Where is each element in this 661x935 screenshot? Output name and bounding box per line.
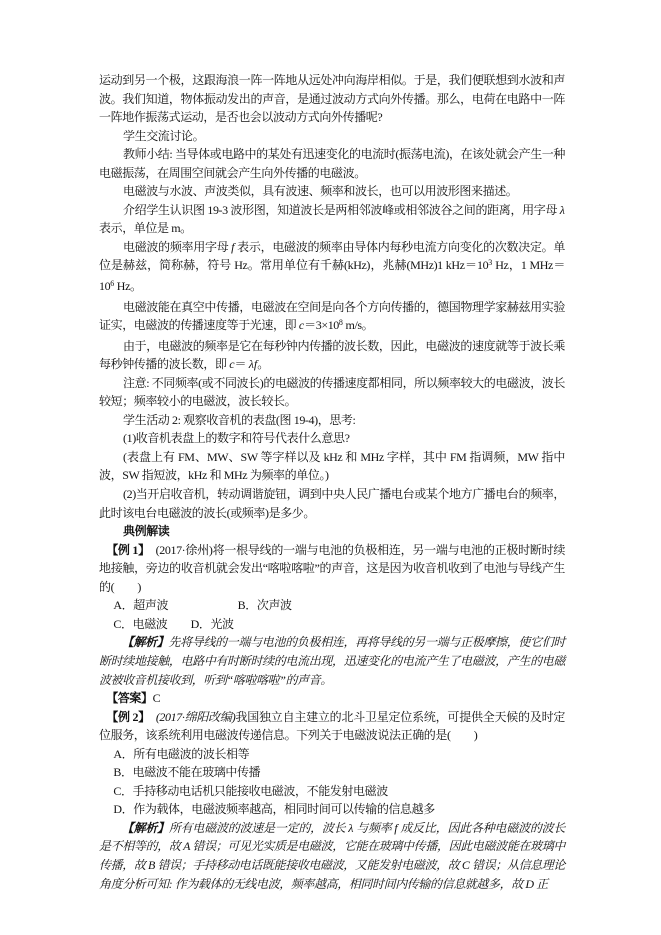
para-answer-1: (表盘上有 FM、MW、SW 等字样以及 kHz 和 MHz 字样，其中 FM … — [99, 448, 565, 485]
para-student-discussion: 学生交流讨论。 — [99, 127, 565, 146]
para-propagation-speed: 电磁波能在真空中传播，电磁波在空间是向各个方向传播的，德国物理学家赫兹用实验证实… — [99, 298, 565, 337]
text-run: 8 — [339, 318, 343, 327]
text-run: 注意: 不同频率(或不同波长)的电磁波的传播速度都相同，所以频率较大的电磁波，波… — [99, 376, 565, 409]
para-note-frequency-wavelength: 注意: 不同频率(或不同波长)的电磁波的传播速度都相同，所以频率较大的电磁波，波… — [99, 374, 565, 411]
para-speed-formula: 由于，电磁波的频率是它在每秒钟内传播的波长数，因此，电磁波的速度就等于波长乘每秒… — [99, 337, 565, 374]
para-wave-analogy-continuation: 运动到另一个极，这跟海浪一阵一阵地从远处冲向海岸相似。于是，我们便联想到水波和声… — [99, 71, 565, 127]
para-example-2-analysis: 【解析】所有电磁波的波速是一定的，波长 λ 与频率 f 成反比，因此各种电磁波的… — [99, 819, 565, 893]
text-run: λ — [560, 203, 565, 217]
para-wave-properties: 电磁波与水波、声波类似，具有波速、频率和波长，也可以用波形图来描述。 — [99, 182, 565, 201]
text-run: 先将导线的一端与电池的负极相连，再将导线的另一端与正极摩擦，使它们时断时续地接触… — [99, 635, 565, 686]
text-run: λf — [249, 357, 258, 371]
text-run: 电磁波与水波、声波类似，具有波速、频率和波长，也可以用波形图来描述。 — [123, 184, 517, 198]
text-run: Hz。 — [114, 279, 141, 293]
text-run: 典例解读 — [123, 524, 169, 538]
text-run: 3 — [488, 258, 492, 267]
para-example-1-options-ab: A．超声波 B．次声波 — [99, 596, 565, 615]
text-run: 由于，电磁波的频率是它在每秒钟内传播的波长数，因此，电磁波的速度就等于波长乘每秒… — [99, 339, 565, 372]
para-example-1-answer: 【答案】C — [99, 689, 565, 708]
text-run: 【解析】 — [122, 635, 169, 649]
text-run: 【例 2】 — [106, 710, 144, 724]
text-run: C．电磁波 D．光波 — [113, 617, 233, 631]
para-example-2-option-c: C．手持移动电话机只能接收电磁波，不能发射电磁波 — [99, 782, 565, 801]
text-run: A．超声波 B．次声波 — [113, 598, 291, 612]
text-run: (1)收音机表盘上的数字和符号代表什么意思? — [123, 431, 350, 445]
para-example-2-option-a: A．所有电磁波的波长相等 — [99, 745, 565, 764]
text-run: (2)当开启收音机，转动调谐旋钮，调到中央人民广播电台或某个地方广播电台的频率，… — [99, 487, 565, 520]
text-run: (2017·绵阳改编) — [144, 710, 235, 724]
text-run: A．所有电磁波的波长相等 — [113, 747, 249, 761]
heading-example-section: 典例解读 — [99, 522, 565, 541]
text-run: 【答案】 — [106, 691, 152, 705]
para-teacher-summary: 教师小结: 当导体或电路中的某处有迅速变化的电流时(振荡电流)，在该处就会产生一… — [99, 145, 565, 182]
para-example-1-options-cd: C．电磁波 D．光波 — [99, 615, 565, 634]
text-run: 运动到另一个极，这跟海浪一阵一阵地从远处冲向海岸相似。于是，我们便联想到水波和声… — [99, 73, 565, 124]
para-example-2: 【例 2】 (2017·绵阳改编)我国独立自主建立的北斗卫星定位系统，可提供全天… — [99, 708, 565, 745]
para-example-1: 【例 1】 (2017·徐州)将一根导线的一端与电池的负极相连，另一端与电池的正… — [99, 541, 565, 597]
text-run: 。 — [257, 357, 269, 371]
text-run: 所有电磁波的波速是一定的，波长 — [169, 821, 348, 835]
text-run: 电磁波的频率用字母 — [123, 240, 231, 254]
text-run: C — [153, 691, 161, 705]
para-example-2-option-d: D．作为载体，电磁波频率越高，相同时间可以传输的信息越多 — [99, 800, 565, 819]
text-run: m/s。 — [343, 318, 373, 332]
text-run: 学生交流讨论。 — [123, 129, 204, 143]
text-run: 学生活动 2: 观察收音机的表盘(图 19-4)，思考: — [123, 413, 355, 427]
text-run: (2017·徐州)将一根导线的一端与电池的负极相连，另一端与电池的正极时断时续地… — [99, 543, 565, 594]
para-frequency-definition: 电磁波的频率用字母 f 表示，电磁波的频率由导体内每秒电流方向变化的次数决定。单… — [99, 238, 565, 298]
text-run: 与频率 — [353, 821, 394, 835]
text-run: B．电磁波不能在玻璃中传播 — [113, 765, 260, 779]
text-run: 【解析】 — [122, 821, 169, 835]
para-student-activity-2: 学生活动 2: 观察收音机的表盘(图 19-4)，思考: — [99, 411, 565, 430]
document-page: 运动到另一个极，这跟海浪一阵一阵地从远处冲向海岸相似。于是，我们便联想到水波和声… — [0, 0, 661, 935]
text-run: 教师小结: 当导体或电路中的某处有迅速变化的电流时(振荡电流)，在该处就会产生一… — [99, 147, 565, 180]
text-run: C．手持移动电话机只能接收电磁波，不能发射电磁波 — [113, 784, 387, 798]
text-run: D．作为载体，电磁波频率越高，相同时间可以传输的信息越多 — [113, 802, 434, 816]
para-question-2: (2)当开启收音机，转动调谐旋钮，调到中央人民广播电台或某个地方广播电台的频率，… — [99, 485, 565, 522]
text-run: ＝ — [235, 357, 249, 371]
text-run: (表盘上有 FM、MW、SW 等字样以及 kHz 和 MHz 字样，其中 FM … — [99, 450, 565, 483]
text-run: ＝3×10 — [304, 318, 339, 332]
text-run: 介绍学生认识图 19-3 波形图，知道波长是两相邻波峰或相邻波谷之间的距离，用字… — [123, 203, 560, 217]
para-example-2-option-b: B．电磁波不能在玻璃中传播 — [99, 763, 565, 782]
document-body: 运动到另一个极，这跟海浪一阵一阵地从远处冲向海岸相似。于是，我们便联想到水波和声… — [99, 71, 565, 893]
text-run: 【例 1】 — [106, 543, 144, 557]
para-example-1-analysis: 【解析】先将导线的一端与电池的负极相连，再将导线的另一端与正极摩擦，使它们时断时… — [99, 633, 565, 689]
para-wavelength-definition: 介绍学生认识图 19-3 波形图，知道波长是两相邻波峰或相邻波谷之间的距离，用字… — [99, 201, 565, 238]
para-question-1: (1)收音机表盘上的数字和符号代表什么意思? — [99, 429, 565, 448]
text-run: 6 — [110, 279, 114, 288]
text-run: 表示，单位是 m。 — [99, 221, 192, 235]
